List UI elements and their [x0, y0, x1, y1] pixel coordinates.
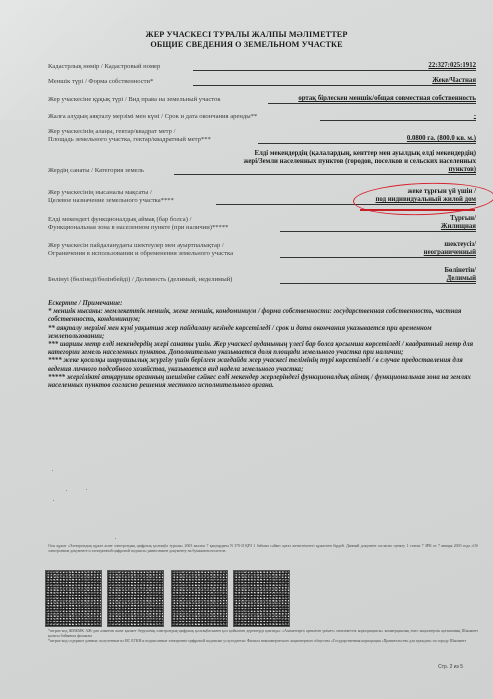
qr-code-icon [234, 571, 289, 626]
underline [320, 120, 476, 121]
red-circle-annotation [352, 181, 493, 218]
field-value: 22:327:025:1912 [428, 62, 476, 70]
page-number: Стр. 2 из 5 [438, 664, 463, 670]
field-value: Жеке/Частная [432, 77, 476, 85]
legal-equivalence-note: Осы құжат «Электрондық құжат және электр… [48, 544, 478, 554]
field-cadastral-number: Кадастрлық нөмір / Кадастровый номер 22:… [48, 62, 476, 71]
qr-code-icon [172, 571, 227, 626]
note-item: *** шаршы метр елді мекендердің жері сан… [48, 341, 476, 357]
field-value: ортақ бірлескен меншік/общая совместная … [298, 95, 476, 103]
red-underline-annotation [360, 209, 475, 211]
field-label: Жер учаскесін пайдаланудағы шектеулер ме… [48, 242, 233, 258]
field-value: Тұрғын/ Жилищная [441, 215, 476, 231]
field-lease-end: Жалға алудың аяқталу мерзімі мен күні / … [48, 112, 476, 121]
footnote-ru: *штрих-код содержит данные, полученные и… [48, 639, 478, 644]
document-page: ЖЕР УЧАСКЕСІ ТУРАЛЫ ЖАЛПЫ МӘЛІМЕТТЕР ОБЩ… [0, 0, 493, 699]
qr-code-icon [108, 571, 163, 626]
paper-speck [53, 500, 54, 501]
paper-speck [86, 489, 87, 490]
notes-section: Ескертпе / Примечание: * меншік нысаны: … [48, 300, 476, 390]
field-value: шектеусіз/ неограниченный [424, 241, 476, 257]
note-item: ***** жергілікті атқарушы органның шешім… [48, 374, 476, 390]
note-item: **** жеке қосалқы шаруашылық жүргізу үші… [48, 357, 476, 373]
field-ownership-form: Меншік түрі / Форма собственности* Жеке/… [48, 77, 476, 86]
qr-code-icon [46, 571, 101, 626]
note-item: * меншік нысаны: мемлекеттік меншік, жек… [48, 308, 476, 324]
note-item: ** аяқталу мерзімі мен күні уақытша жер … [48, 325, 476, 341]
field-label: Меншік түрі / Форма собственности* [48, 78, 153, 86]
field-label: Жердің санаты / Категория земель [48, 167, 144, 175]
field-land-category: Жердің санаты / Категория земель Елді ме… [48, 150, 476, 175]
paper-speck [52, 470, 53, 471]
field-value: Бөлінетін/ Делимый [444, 267, 476, 283]
field-label: Жер учаскесінің алаңы, гектар/квадрат ме… [48, 128, 211, 144]
field-right-type: Жер учаскесіне құқық түрі / Вид права на… [48, 95, 476, 104]
notes-heading: Ескертпе / Примечание: [48, 300, 476, 308]
document-title: ЖЕР УЧАСКЕСІ ТУРАЛЫ ЖАЛПЫ МӘЛІМЕТТЕР ОБЩ… [0, 30, 493, 50]
field-label: Жер учаскесінің нысаналы мақсаты / Целев… [48, 189, 174, 205]
field-value: Елді мекендердің (қалалардың, кенттер ме… [244, 150, 476, 175]
barcode-footnotes: *штрих-код ЖМБМК АЖ-дан алынған және қыз… [48, 629, 478, 643]
field-divisibility: Бөлінуі (бөлінеді/бөлінбейді) / Делимост… [48, 267, 476, 284]
field-value: 0.0800 га. (800.0 кв. м.) [407, 135, 476, 143]
paper-speck [115, 538, 116, 539]
field-area: Жер учаскесінің алаңы, гектар/квадрат ме… [48, 127, 476, 144]
field-functional-zone: Елді мекендегі функционалдық аймақ (бар … [48, 215, 476, 232]
field-value: - [474, 112, 476, 120]
title-ru: ОБЩИЕ СВЕДЕНИЯ О ЗЕМЕЛЬНОМ УЧАСТКЕ [0, 40, 493, 50]
field-label: Жалға алудың аяқталу мерзімі мен күні / … [48, 113, 257, 121]
footnote-kz: *штрих-код ЖМБМК АЖ-дан алынған және қыз… [48, 629, 478, 639]
field-label: Жер учаскесіне құқық түрі / Вид права на… [48, 96, 221, 104]
paper-speck [66, 490, 67, 491]
field-restrictions: Жер учаскесін пайдаланудағы шектеулер ме… [48, 241, 476, 258]
field-label: Кадастрлық нөмір / Кадастровый номер [48, 63, 160, 71]
field-label: Елді мекендегі функционалдық аймақ (бар … [48, 216, 228, 232]
title-kz: ЖЕР УЧАСКЕСІ ТУРАЛЫ ЖАЛПЫ МӘЛІМЕТТЕР [0, 30, 493, 40]
field-label: Бөлінуі (бөлінеді/бөлінбейді) / Делимост… [48, 276, 232, 284]
